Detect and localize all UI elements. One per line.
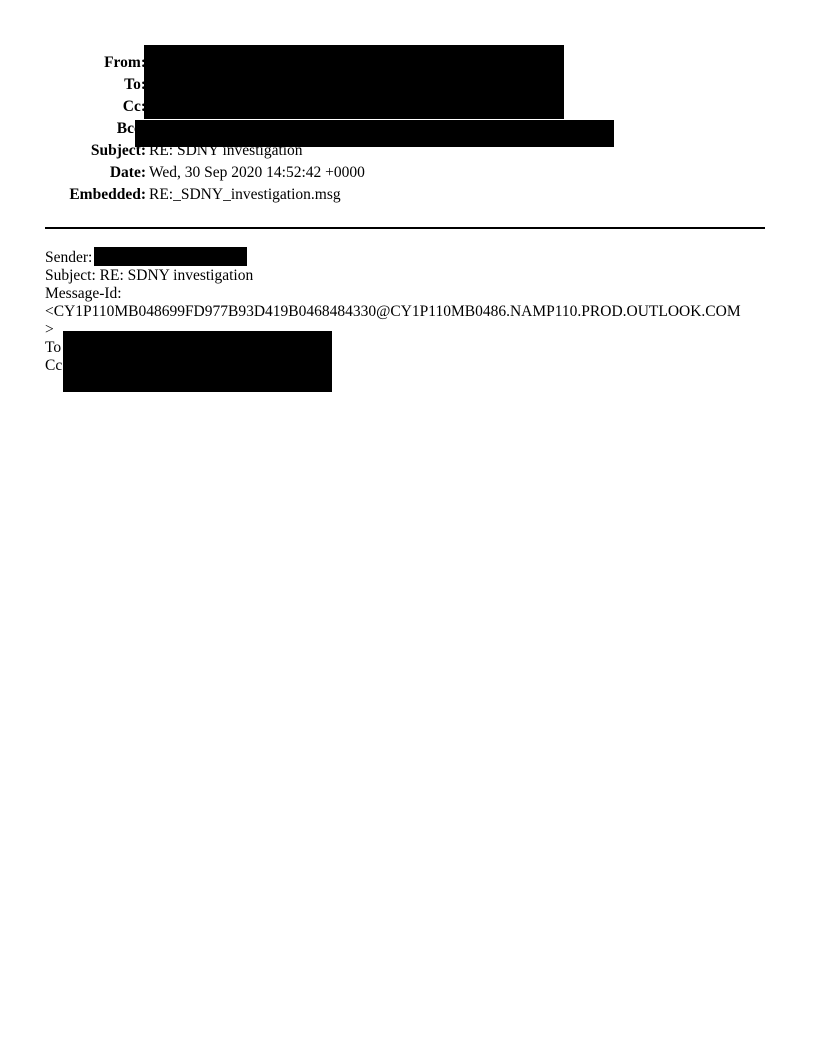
from-label: From: xyxy=(104,52,146,74)
embedded-value: RE:_SDNY_investigation.msg xyxy=(149,184,341,206)
redaction-from-to-cc xyxy=(144,45,564,119)
message-id-label: Message-Id: xyxy=(45,285,122,303)
body-to-label: To xyxy=(45,339,61,357)
separator-rule xyxy=(45,227,765,229)
embedded-label: Embedded: xyxy=(69,184,146,206)
redaction-bcc xyxy=(135,120,614,147)
date-value: Wed, 30 Sep 2020 14:52:42 +0000 xyxy=(149,162,365,184)
body-cc-label: Cc xyxy=(45,357,62,375)
sender-label: Sender: xyxy=(45,249,92,266)
cc-label: Cc: xyxy=(123,96,146,118)
to-label: To: xyxy=(124,74,146,96)
date-label: Date: xyxy=(110,162,146,184)
sender-line: Sender: xyxy=(45,249,92,267)
redaction-to-cc xyxy=(63,331,332,392)
redaction-sender xyxy=(94,247,247,266)
message-id-value: <CY1P110MB048699FD977B93D419B0468484330@… xyxy=(45,303,741,321)
body-subject-line: Subject: RE: SDNY investigation xyxy=(45,267,253,285)
message-id-end: > xyxy=(45,321,54,339)
